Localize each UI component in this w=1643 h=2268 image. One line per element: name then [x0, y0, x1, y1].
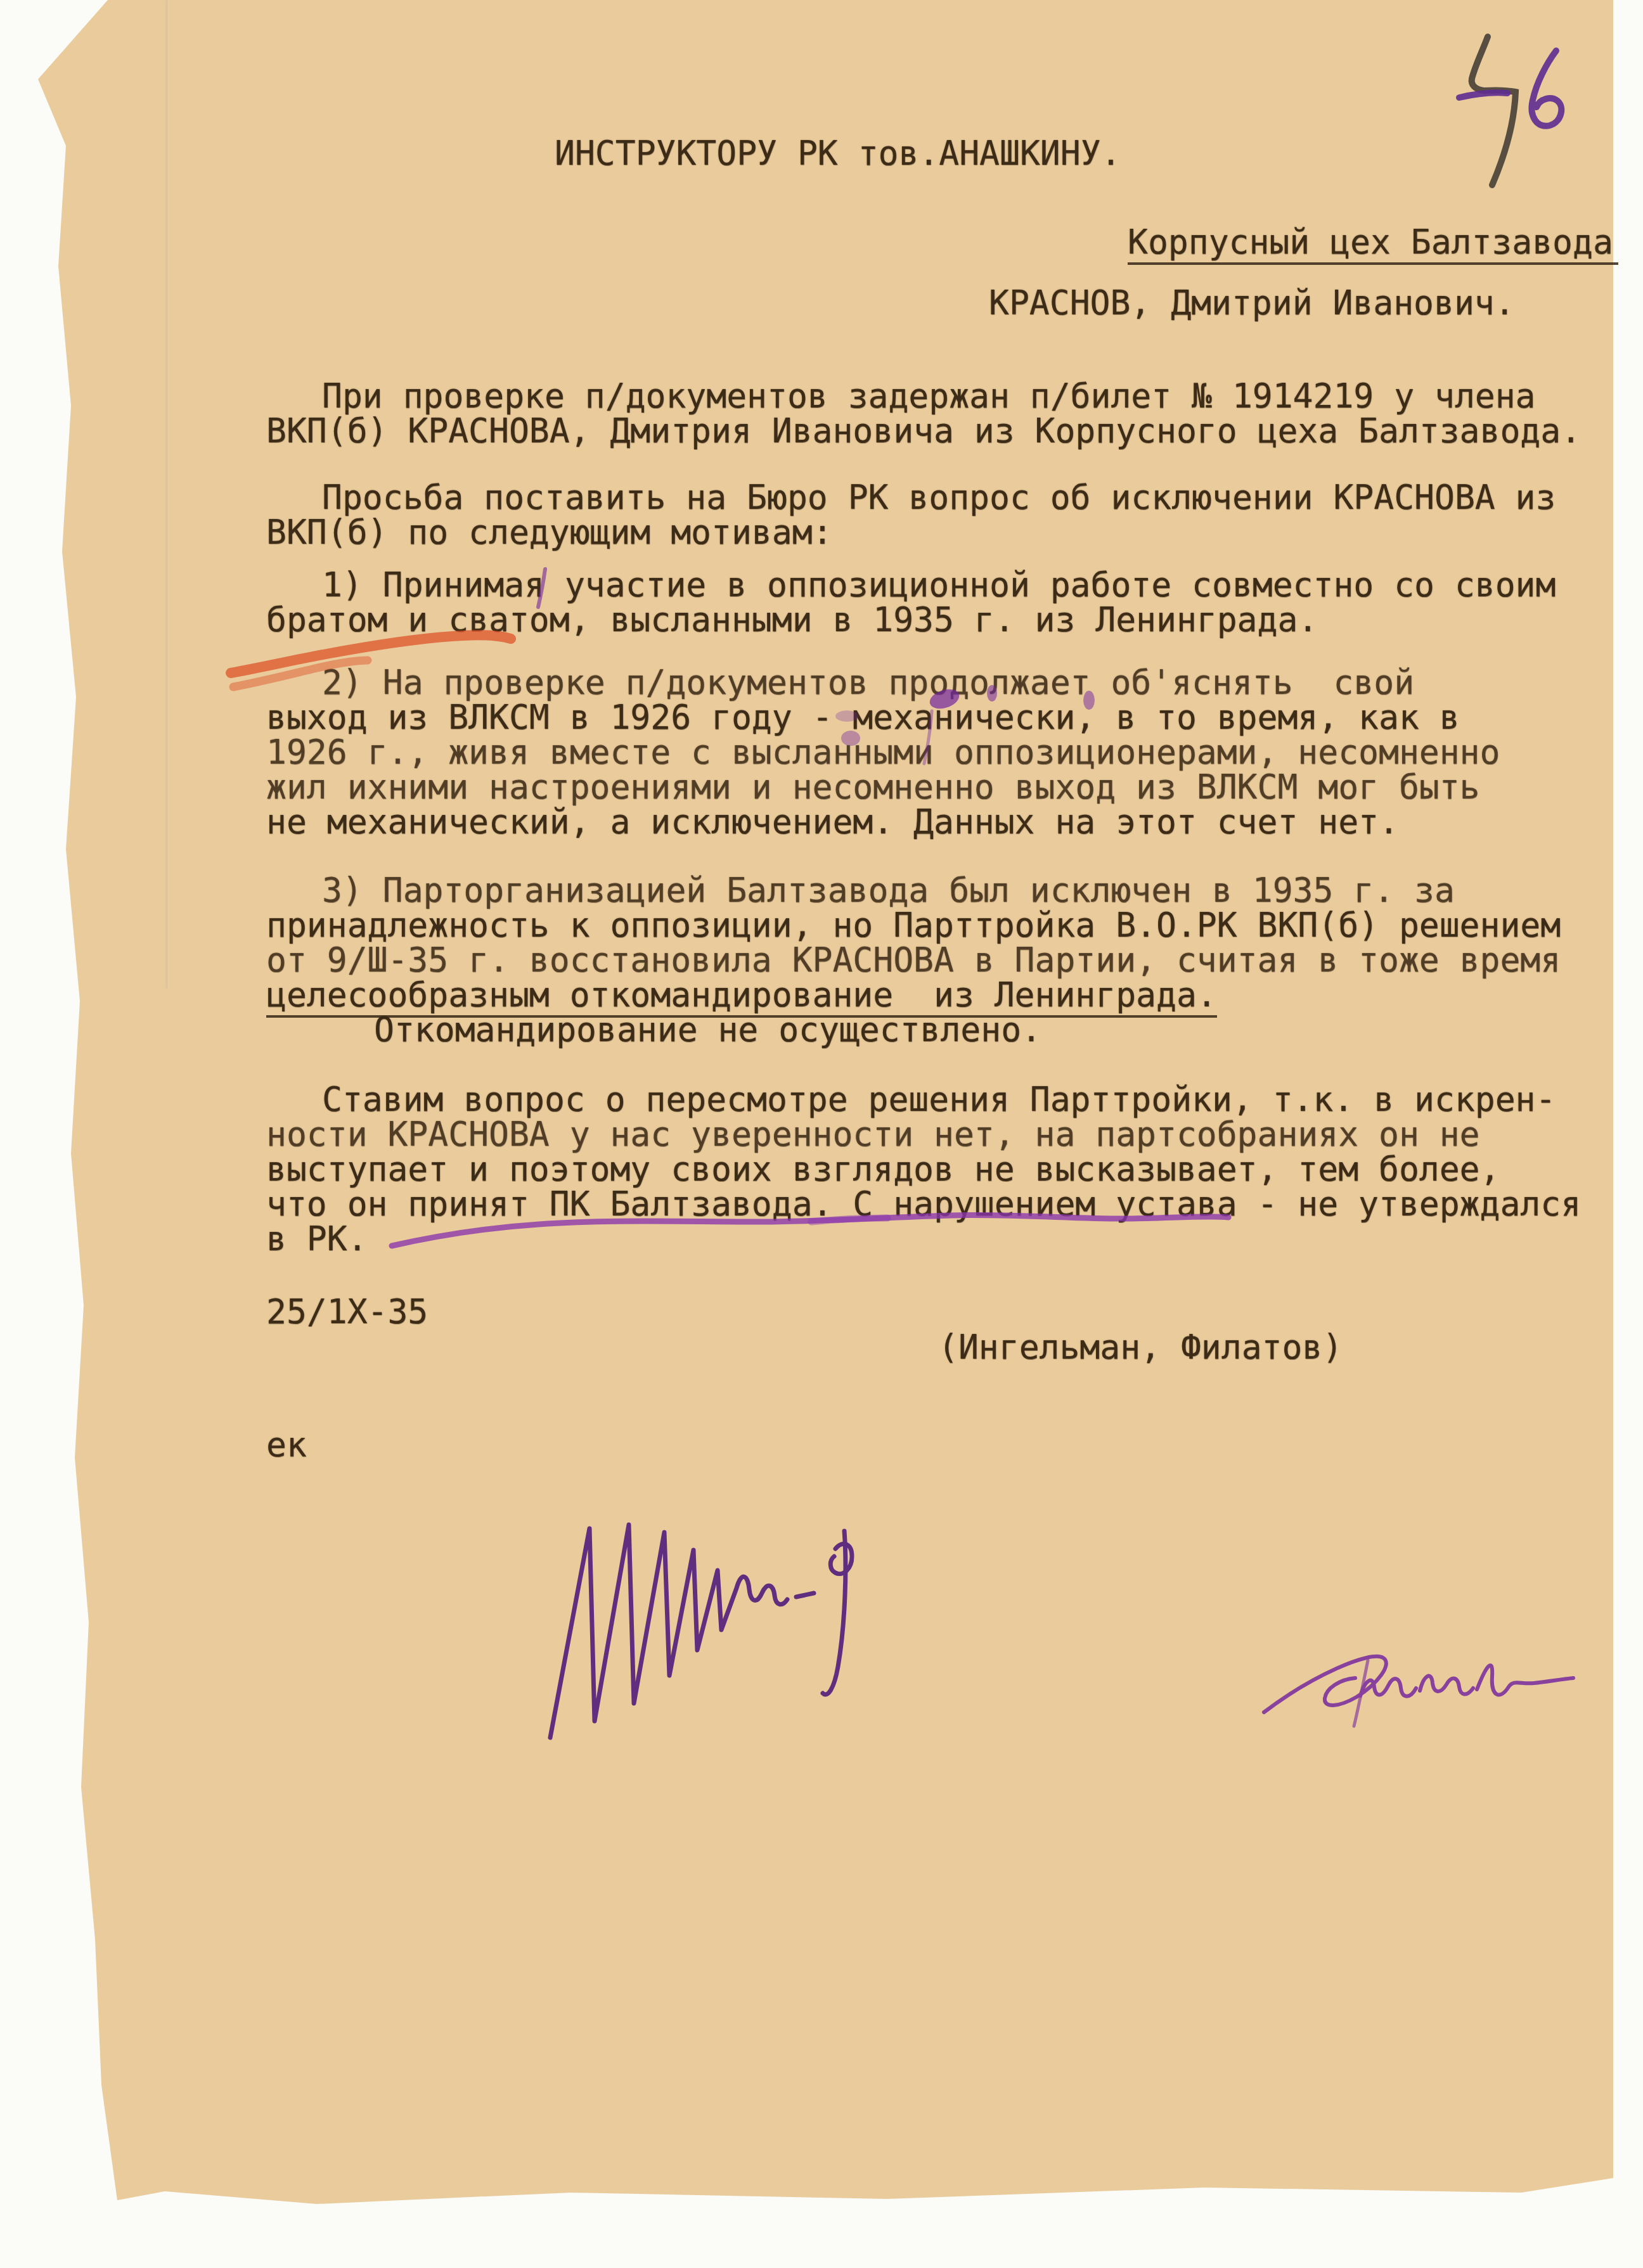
text-line: 3) Парторганизацией Балтзавода был исклю… — [266, 873, 1623, 908]
vertical-crease — [166, 0, 169, 989]
text-line: Ставим вопрос о пересмотре решения Партт… — [266, 1082, 1623, 1117]
paragraph-intro: При проверке п/документов задержан п/бил… — [266, 379, 1623, 449]
text-line-underlined: целесообразным откомандирование из Ленин… — [266, 978, 1623, 1013]
document-date: 25/1Х-35 — [266, 1293, 428, 1331]
recipient-unit-text: Корпусный цех Балтзавода — [1128, 223, 1618, 265]
text-line: 1) Принимая участие в оппозиционной рабо… — [266, 568, 1623, 603]
signatories-typed: (Ингельман, Филатов) — [938, 1328, 1343, 1367]
subject-person: КРАСНОВ, Дмитрий Иванович. — [989, 284, 1515, 323]
text-line: жил ихними настроениями и несомненно вых… — [266, 770, 1623, 805]
text-line: ности КРАСНОВА у нас уверенности нет, на… — [266, 1117, 1623, 1152]
scanned-document: ИНСТРУКТОРУ РК тов.АНАШКИНУ. Корпусный ц… — [0, 0, 1643, 2268]
text-line: ВКП(б) КРАСНОВА, Дмитрия Ивановича из Ко… — [266, 414, 1623, 449]
text-line: При проверке п/документов задержан п/бил… — [266, 379, 1623, 414]
text-line: братом и сватом, высланными в 1935 г. из… — [266, 603, 1623, 637]
text-line: ВКП(б) по следующим мотивам: — [266, 515, 1623, 550]
item-2: 2) На проверке п/документов продолжает о… — [266, 665, 1623, 840]
item-1: 1) Принимая участие в оппозиционной рабо… — [266, 568, 1623, 637]
paragraph-closing: Ставим вопрос о пересмотре решения Партт… — [266, 1082, 1623, 1257]
text-line: не механический, а исключением. Данных н… — [266, 805, 1623, 840]
typist-initials: ек — [266, 1426, 307, 1464]
text-line: в РК. — [266, 1222, 1623, 1257]
text-line: выход из ВЛКСМ в 1926 году - механически… — [266, 700, 1623, 735]
text-line: 2) На проверке п/документов продолжает о… — [266, 665, 1623, 700]
text-line: принадлежность к оппозиции, но Парттройк… — [266, 908, 1623, 943]
paragraph-request: Просьба поставить на Бюро РК вопрос об и… — [266, 480, 1623, 550]
text-line: Откомандирование не осуществлено. — [266, 1013, 1623, 1048]
text-line: Просьба поставить на Бюро РК вопрос об и… — [266, 480, 1623, 515]
recipient-unit: Корпусный цех Балтзавода — [1128, 223, 1618, 262]
item-3: 3) Парторганизацией Балтзавода был исклю… — [266, 873, 1623, 1048]
text-line: что он принят ПК Балтзавода. С нарушение… — [266, 1187, 1623, 1222]
document-header: ИНСТРУКТОРУ РК тов.АНАШКИНУ. — [555, 134, 1121, 173]
text-line: выступает и поэтому своих взглядов не вы… — [266, 1152, 1623, 1187]
text-line: от 9/Ш-35 г. восстановила КРАСНОВА в Пар… — [266, 943, 1623, 978]
text-line: 1926 г., живя вместе с высланными оппози… — [266, 735, 1623, 770]
